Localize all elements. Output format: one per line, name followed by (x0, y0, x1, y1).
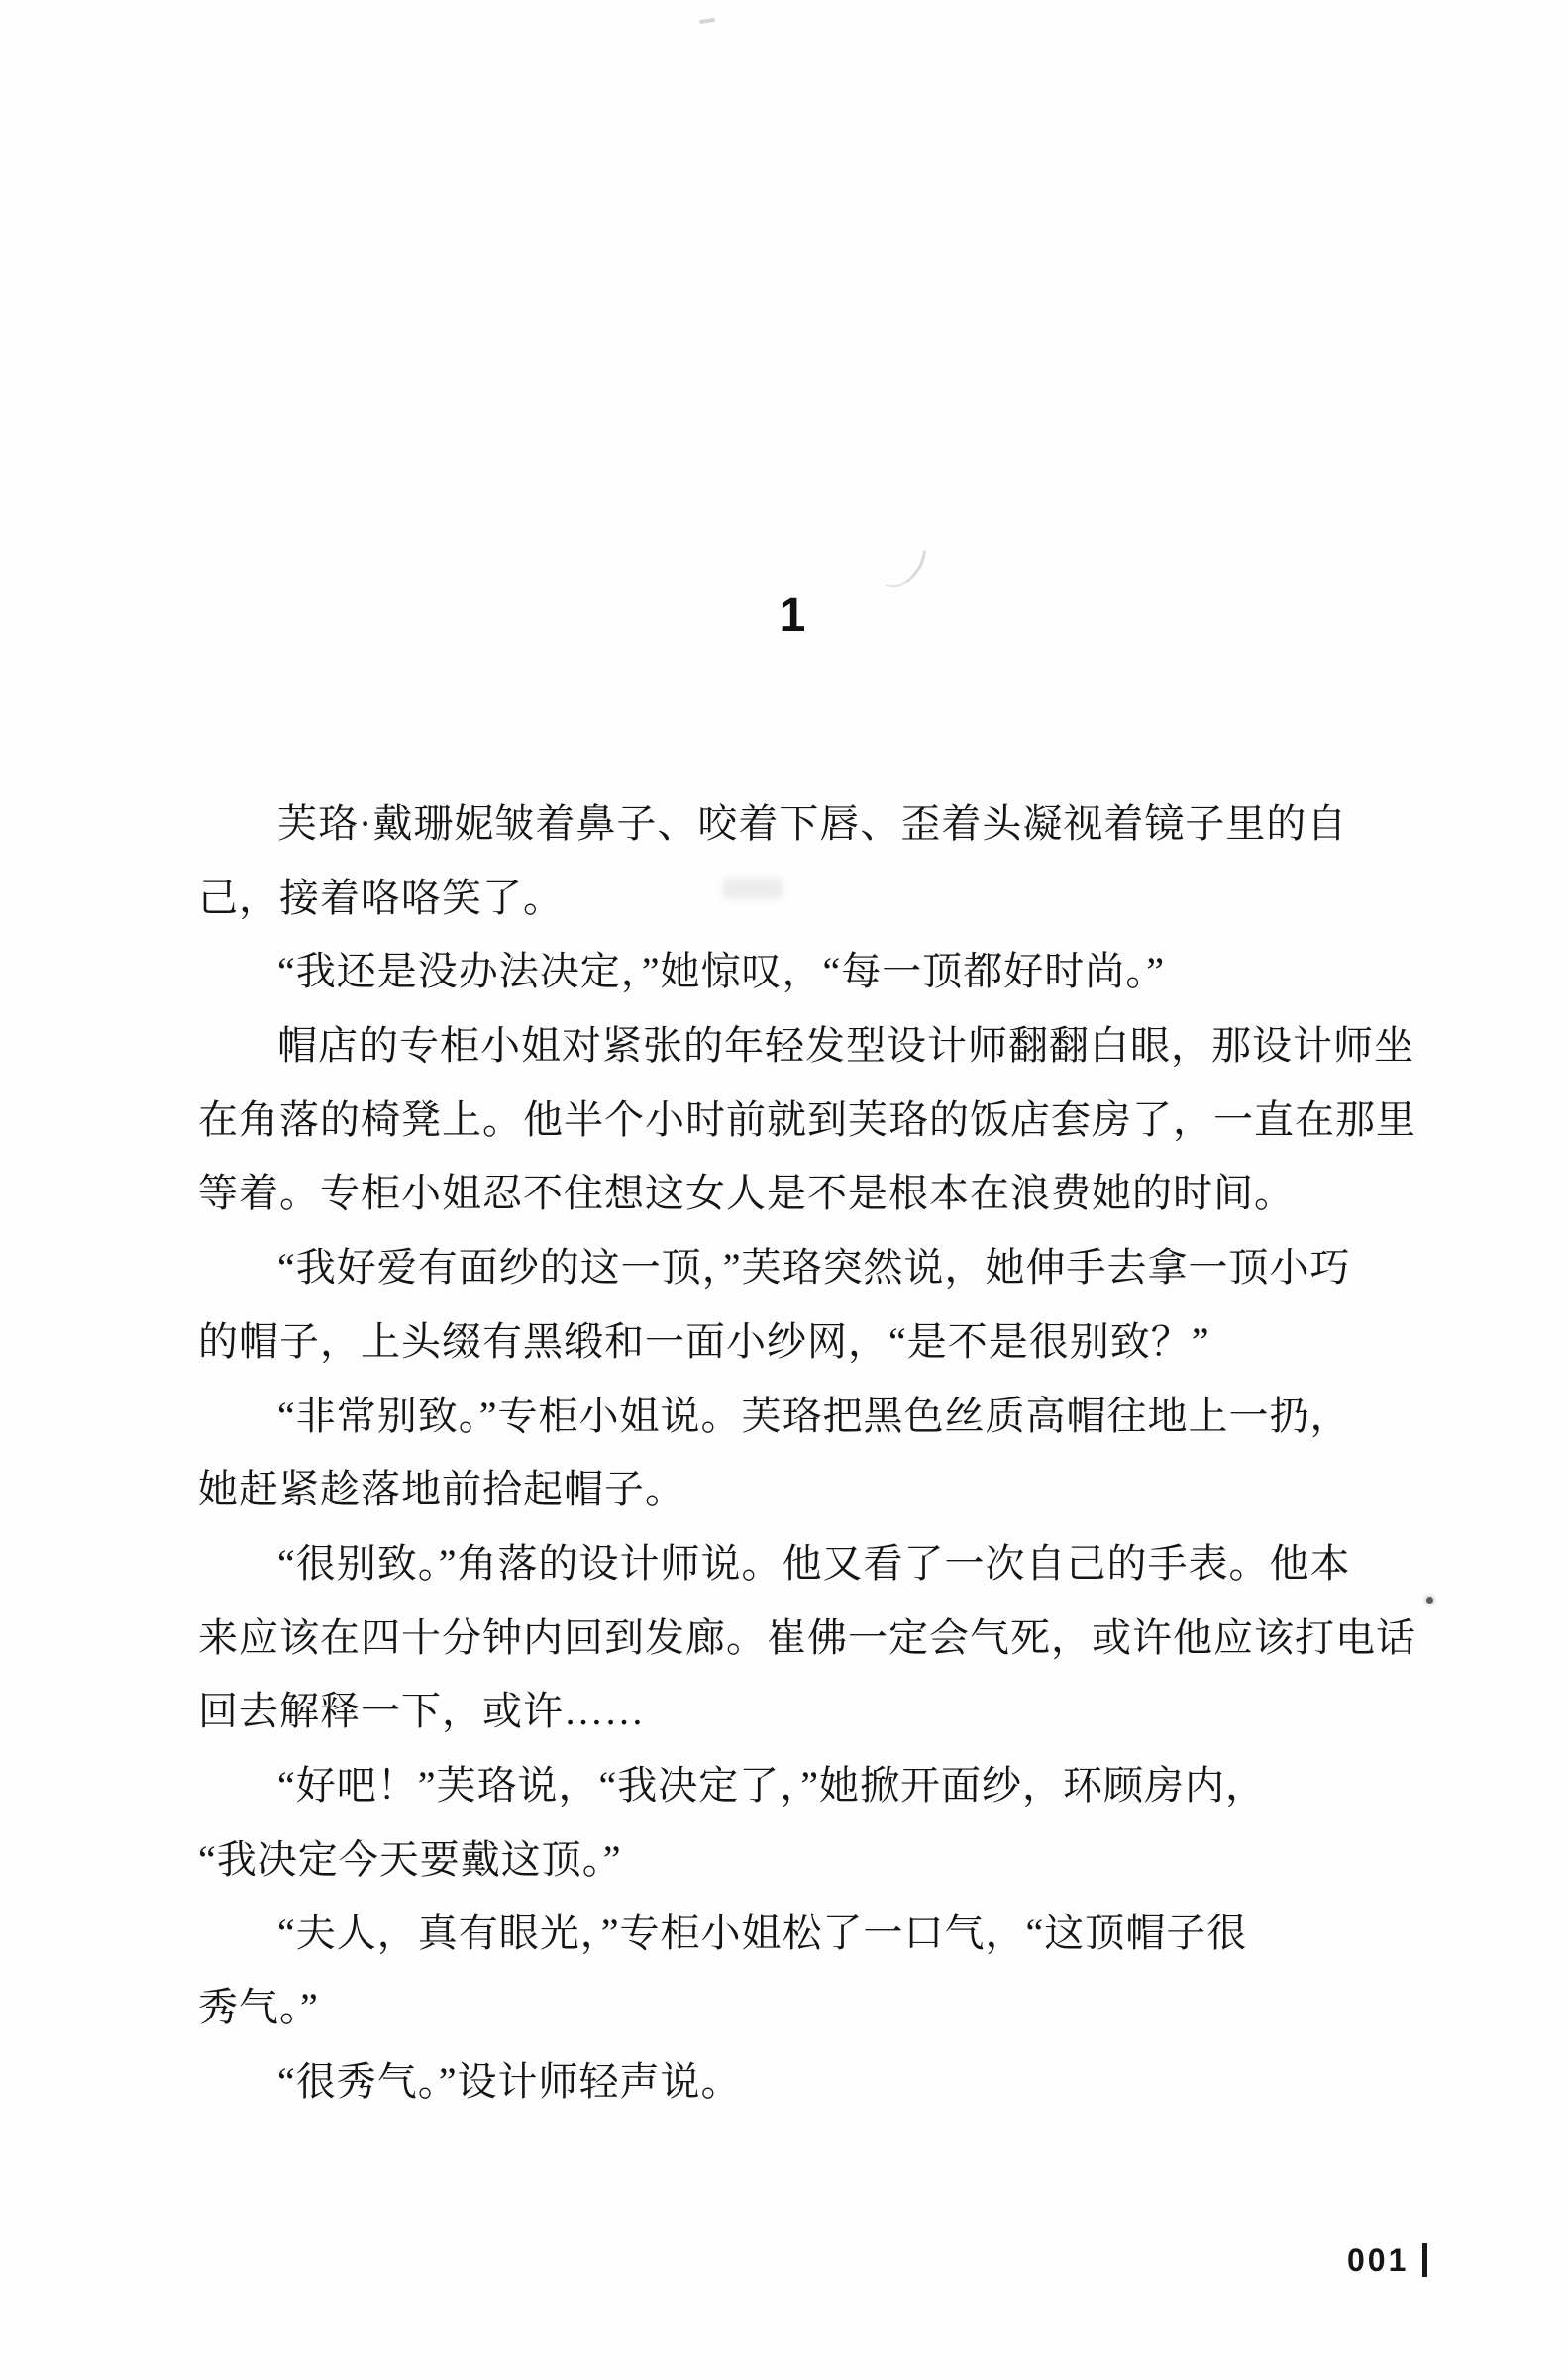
text-line: 来应该在四十分钟内回到发廊。崔佛一定会气死，或许他应该打电话 (198, 1602, 1418, 1676)
text-line: 帽店的专柜小姐对紧张的年轻发型设计师翻翻白眼，那设计师坐 (198, 1009, 1418, 1084)
text-line: “夫人，真有眼光，”专柜小姐松了一口气，“这顶帽子很 (198, 1897, 1418, 1971)
page-number: 001 (1347, 2240, 1427, 2280)
text-line: 芙珞·戴珊妮皱着鼻子、咬着下唇、歪着头凝视着镜子里的自 (198, 787, 1418, 862)
text-line: “很别致。”角落的设计师说。他又看了一次自己的手表。他本 (198, 1527, 1418, 1602)
text-line: “很秀气。”设计师轻声说。 (198, 2045, 1418, 2120)
text-line: 她赶紧趁落地前拾起帽子。 (198, 1453, 1418, 1527)
scan-artifact-pencil-curl (886, 544, 926, 593)
text-line: 等着。专柜小姐忍不住想这女人是不是根本在浪费她的时间。 (198, 1157, 1418, 1231)
text-line: “我决定今天要戴这顶。” (198, 1823, 1418, 1898)
scan-artifact-dash (699, 18, 715, 24)
text-line: “我还是没办法决定，”她惊叹，“每一顶都好时尚。” (198, 935, 1418, 1009)
text-line: 回去解释一下，或许…… (198, 1675, 1418, 1749)
text-line: 己，接着咯咯笑了。 (198, 862, 1418, 936)
page-number-value: 001 (1347, 2240, 1409, 2280)
book-page: 1 芙珞·戴珊妮皱着鼻子、咬着下唇、歪着头凝视着镜子里的自己，接着咯咯笑了。“我… (0, 0, 1567, 2380)
text-line: 秀气。” (198, 1971, 1418, 2045)
scan-artifact-speck (1426, 1597, 1433, 1604)
text-line: 在角落的椅凳上。他半个小时前就到芙珞的饭店套房了，一直在那里 (198, 1084, 1418, 1158)
text-line: “非常别致。”专柜小姐说。芙珞把黑色丝质高帽往地上一扔， (198, 1380, 1418, 1454)
text-line: 的帽子，上头缀有黑缎和一面小纱网，“是不是很别致？” (198, 1305, 1418, 1380)
text-line: “好吧！”芙珞说，“我决定了，”她掀开面纱，环顾房内， (198, 1749, 1418, 1823)
page-number-divider (1422, 2243, 1427, 2277)
chapter-number: 1 (198, 592, 1387, 640)
body-text: 芙珞·戴珊妮皱着鼻子、咬着下唇、歪着头凝视着镜子里的自己，接着咯咯笑了。“我还是… (198, 787, 1418, 2119)
text-line: “我好爱有面纱的这一顶，”芙珞突然说，她伸手去拿一顶小巧 (198, 1231, 1418, 1305)
